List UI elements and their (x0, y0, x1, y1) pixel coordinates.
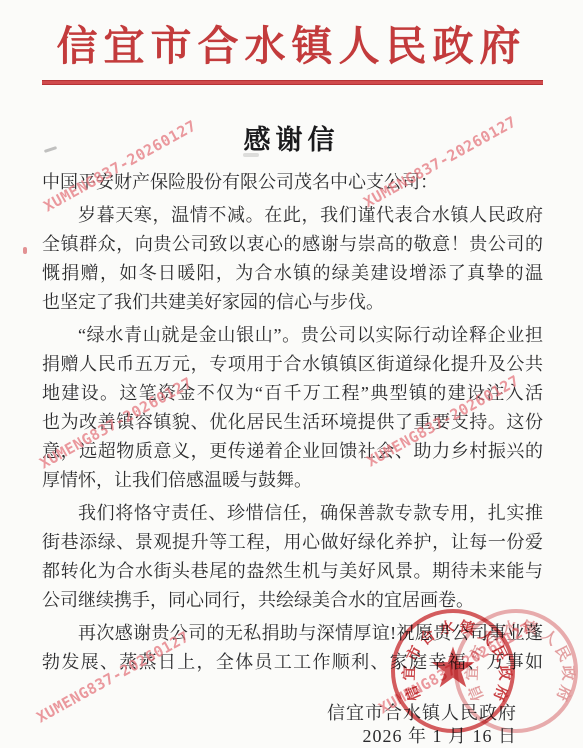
scan-smudge (243, 153, 259, 157)
salutation-line: 中国平安财产保险股份有限公司茂名中心支公司： (42, 168, 543, 197)
letter-line: 也坚定了我们共建美好家园的信心与步伐。 (42, 288, 543, 317)
letter-body: 中国平安财产保险股份有限公司茂名中心支公司： 岁暮天寒，温情不减。在此，我们谨代… (42, 168, 543, 677)
letter-line: 街巷添绿、景观提升等工程，用心做好绿化养护，让每一份爱心 (42, 528, 543, 557)
letter-line: 厚情怀，让我们倍感温暖与鼓舞。 (42, 466, 543, 495)
official-seal: ★ 信宜市合水镇人民政府 (391, 609, 515, 733)
letter-line: 全镇群众，向贵公司致以衷心的感谢与崇高的敬意！贵公司的慷 (42, 230, 543, 259)
seal-ring-char: 市 (404, 643, 426, 665)
seal-ring-char: 宜 (402, 665, 419, 682)
scan-speck-red (23, 247, 27, 254)
letter-line: 地建设。这笔资金不仅为“百千万工程”典型镇的建设注入活力， (42, 379, 543, 408)
seal-ring-char: 镇 (521, 620, 540, 639)
letter-line: 捐赠人民币五万元，专项用于合水镇镇区街道绿化提升及公共绿 (42, 350, 543, 379)
letter-line: 都转化为合水街头巷尾的盎然生机与美好风景。期待未来能与贵 (42, 557, 543, 586)
letter-line: 意，远超物质意义，更传递着企业回馈社会、助力乡村振兴的深 (42, 437, 543, 466)
letterhead-title: 信宜市合水镇人民政府 (0, 13, 583, 72)
letterhead-rule (42, 80, 543, 85)
seal-ring-char: 人 (537, 627, 559, 649)
seal-ring-char: 信 (403, 683, 424, 704)
letter-line: “绿水青山就是金山银山”。贵公司以实际行动诠释企业担当， (42, 321, 543, 350)
letter-line: 我们将恪守责任、珍惜信任，确保善款专款专用，扎实推进 (42, 499, 543, 528)
seal-ring-char: 府 (553, 683, 574, 704)
seal-ring-char: 民 (551, 643, 573, 665)
letter-page: 信宜市合水镇人民政府 感谢信 中国平安财产保险股份有限公司茂名中心支公司： 岁暮… (0, 0, 583, 748)
letter-line: 也为改善镇容镇貌、优化居民生活环境提供了重要支持。这份善 (42, 408, 543, 437)
letter-line: 慨捐赠，如冬日暖阳，为合水镇的绿美建设增添了真挚的温度， (42, 259, 543, 288)
letter-line: 岁暮天寒，温情不减。在此，我们谨代表合水镇人民政府及 (42, 201, 543, 230)
letter-title: 感谢信 (0, 118, 583, 157)
seal-ring-char: 民 (488, 643, 510, 665)
seal-star-icon: ★ (428, 641, 478, 697)
seal-ring-char: 政 (559, 665, 576, 682)
seal-ring-char: 政 (496, 665, 513, 682)
